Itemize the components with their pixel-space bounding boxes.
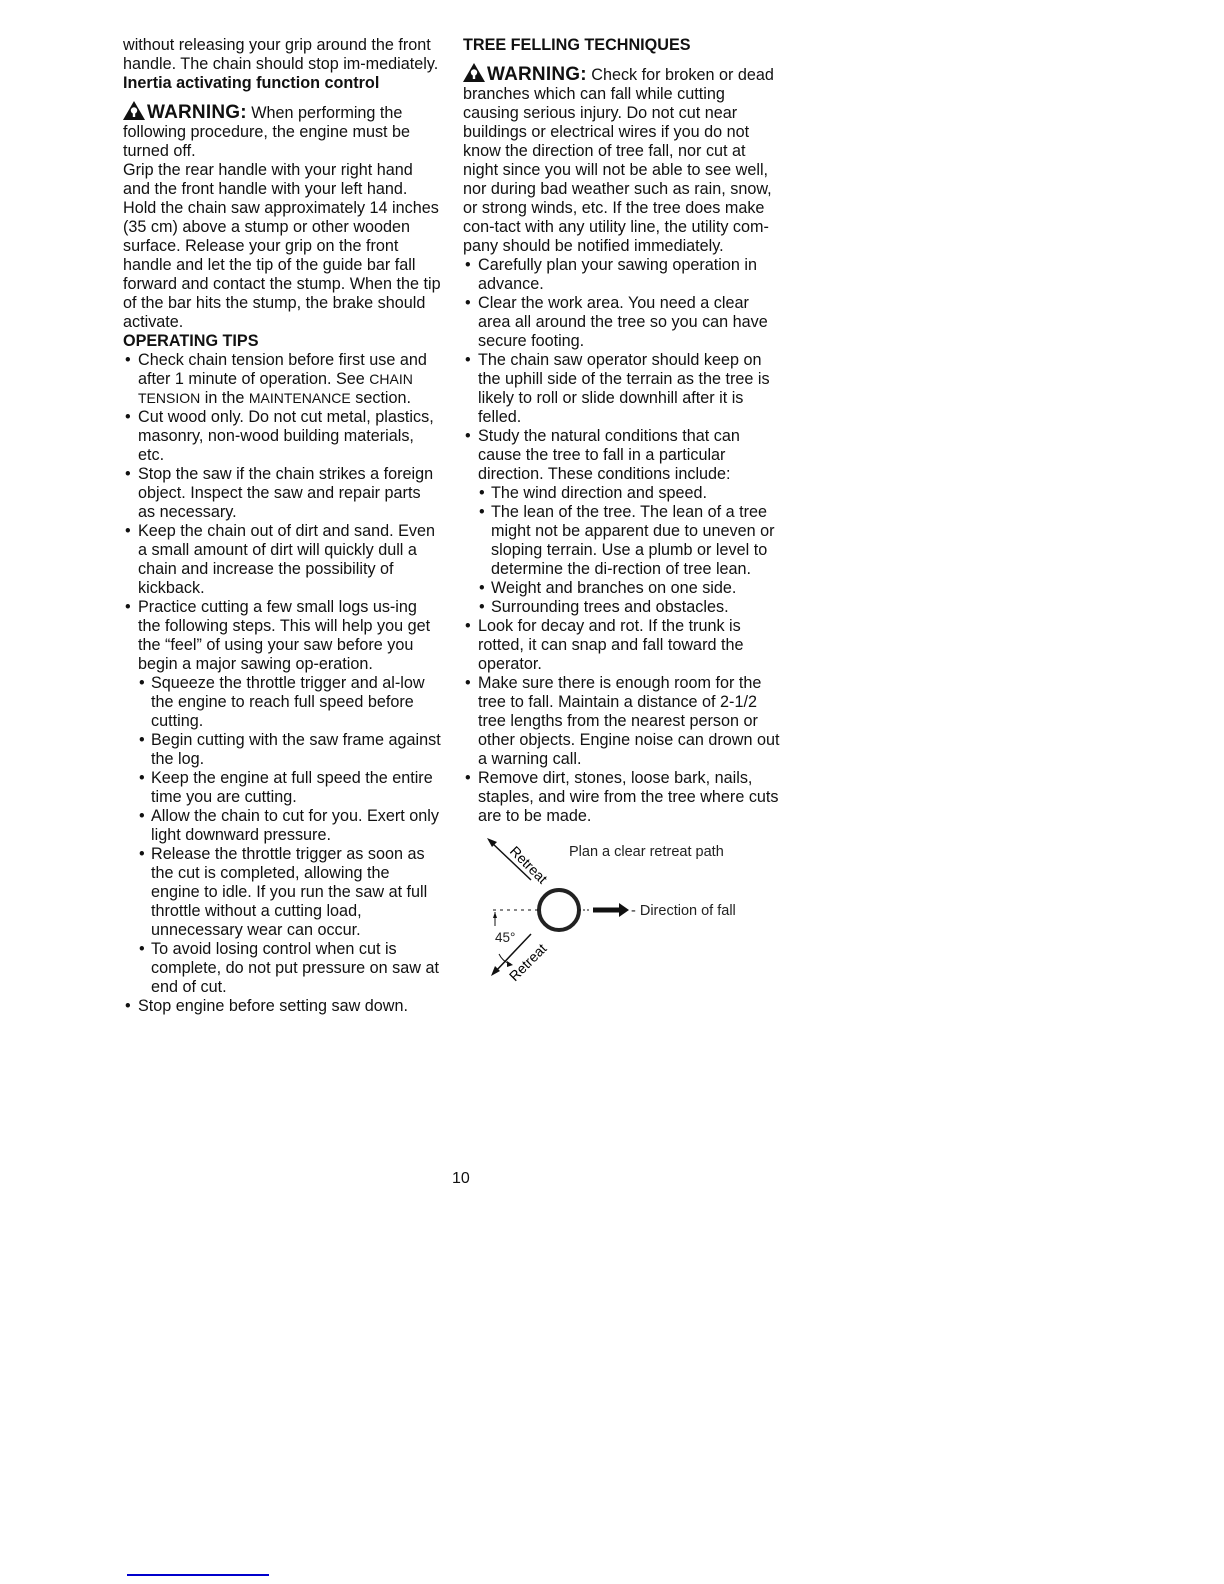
list-item: Stop engine before setting saw down. <box>123 997 441 1016</box>
direction-of-fall-label: - Direction of fall <box>631 903 736 919</box>
maintenance-ref: MAINTENANCE <box>249 390 351 406</box>
list-item: Cut wood only. Do not cut metal, plastic… <box>123 408 441 465</box>
list-item: Stop the saw if the chain strikes a fore… <box>123 465 441 522</box>
list-item: Keep the chain out of dirt and sand. Eve… <box>123 522 441 598</box>
inertia-heading: Inertia activating function control <box>123 74 441 93</box>
inertia-warning: WARNING: When performing the following p… <box>123 101 441 161</box>
warning-triangle-icon <box>123 101 145 120</box>
operating-tips-heading: OPERATING TIPS <box>123 332 441 351</box>
list-item: Carefully plan your sawing operation in … <box>463 256 781 294</box>
felling-list: Carefully plan your sawing operation in … <box>463 256 781 826</box>
list-item: Study the natural conditions that can ca… <box>463 427 781 617</box>
intro-paragraph: without releasing your grip around the f… <box>123 36 441 74</box>
list-item: The wind direction and speed. <box>477 484 781 503</box>
list-item: To avoid losing control when cut is comp… <box>137 940 441 997</box>
operating-tips-list: Check chain tension before first use and… <box>123 351 441 1016</box>
tip-text: Practice cutting a few small logs us-ing… <box>138 598 430 673</box>
footer-rule <box>127 1574 269 1576</box>
felling-warning: WARNING: Check for broken or dead branch… <box>463 63 781 256</box>
list-item: Check chain tension before first use and… <box>123 351 441 408</box>
list-item: Release the throttle trigger as soon as … <box>137 845 441 940</box>
list-item: The lean of the tree. The lean of a tree… <box>477 503 781 579</box>
list-item: Keep the engine at full speed the entire… <box>137 769 441 807</box>
list-item: Remove dirt, stones, loose bark, nails, … <box>463 769 781 826</box>
list-item: Clear the work area. You need a clear ar… <box>463 294 781 351</box>
retreat-label-bottom: Retreat <box>506 940 550 984</box>
list-item: Surrounding trees and obstacles. <box>477 598 781 617</box>
list-item: Make sure there is enough room for the t… <box>463 674 781 769</box>
tip-text: in the <box>200 389 249 407</box>
conditions-list: The wind direction and speed. The lean o… <box>477 484 781 617</box>
list-item: The chain saw operator should keep on th… <box>463 351 781 427</box>
warning-text: Check for broken or dead branches which … <box>463 66 774 255</box>
plan-retreat-label: Plan a clear retreat path <box>569 844 724 860</box>
list-item: Look for decay and rot. If the trunk is … <box>463 617 781 674</box>
warning-label: WARNING: <box>487 64 587 85</box>
angle-label: 45° <box>495 930 515 945</box>
page-number: 10 <box>452 1170 470 1188</box>
right-column: TREE FELLING TECHNIQUES WARNING: Check f… <box>463 36 781 990</box>
tip-text: Study the natural conditions that can ca… <box>478 427 740 483</box>
practice-steps-list: Squeeze the throttle trigger and al-low … <box>137 674 441 997</box>
list-item: Practice cutting a few small logs us-ing… <box>123 598 441 997</box>
inertia-body: Grip the rear handle with your right han… <box>123 161 441 332</box>
retreat-diagram-graphic: Retreat Retreat Plan a clear retreat pat… <box>463 830 781 990</box>
list-item: Squeeze the throttle trigger and al-low … <box>137 674 441 731</box>
list-item: Weight and branches on one side. <box>477 579 781 598</box>
list-item: Begin cutting with the saw frame against… <box>137 731 441 769</box>
list-item: Allow the chain to cut for you. Exert on… <box>137 807 441 845</box>
warning-label: WARNING: <box>147 102 247 123</box>
retreat-path-diagram: Retreat Retreat Plan a clear retreat pat… <box>463 830 781 990</box>
tree-felling-heading: TREE FELLING TECHNIQUES <box>463 36 781 55</box>
left-column: without releasing your grip around the f… <box>123 36 441 1016</box>
tip-text: section. <box>351 389 411 407</box>
retreat-label-top: Retreat <box>507 843 551 887</box>
warning-triangle-icon <box>463 63 485 82</box>
